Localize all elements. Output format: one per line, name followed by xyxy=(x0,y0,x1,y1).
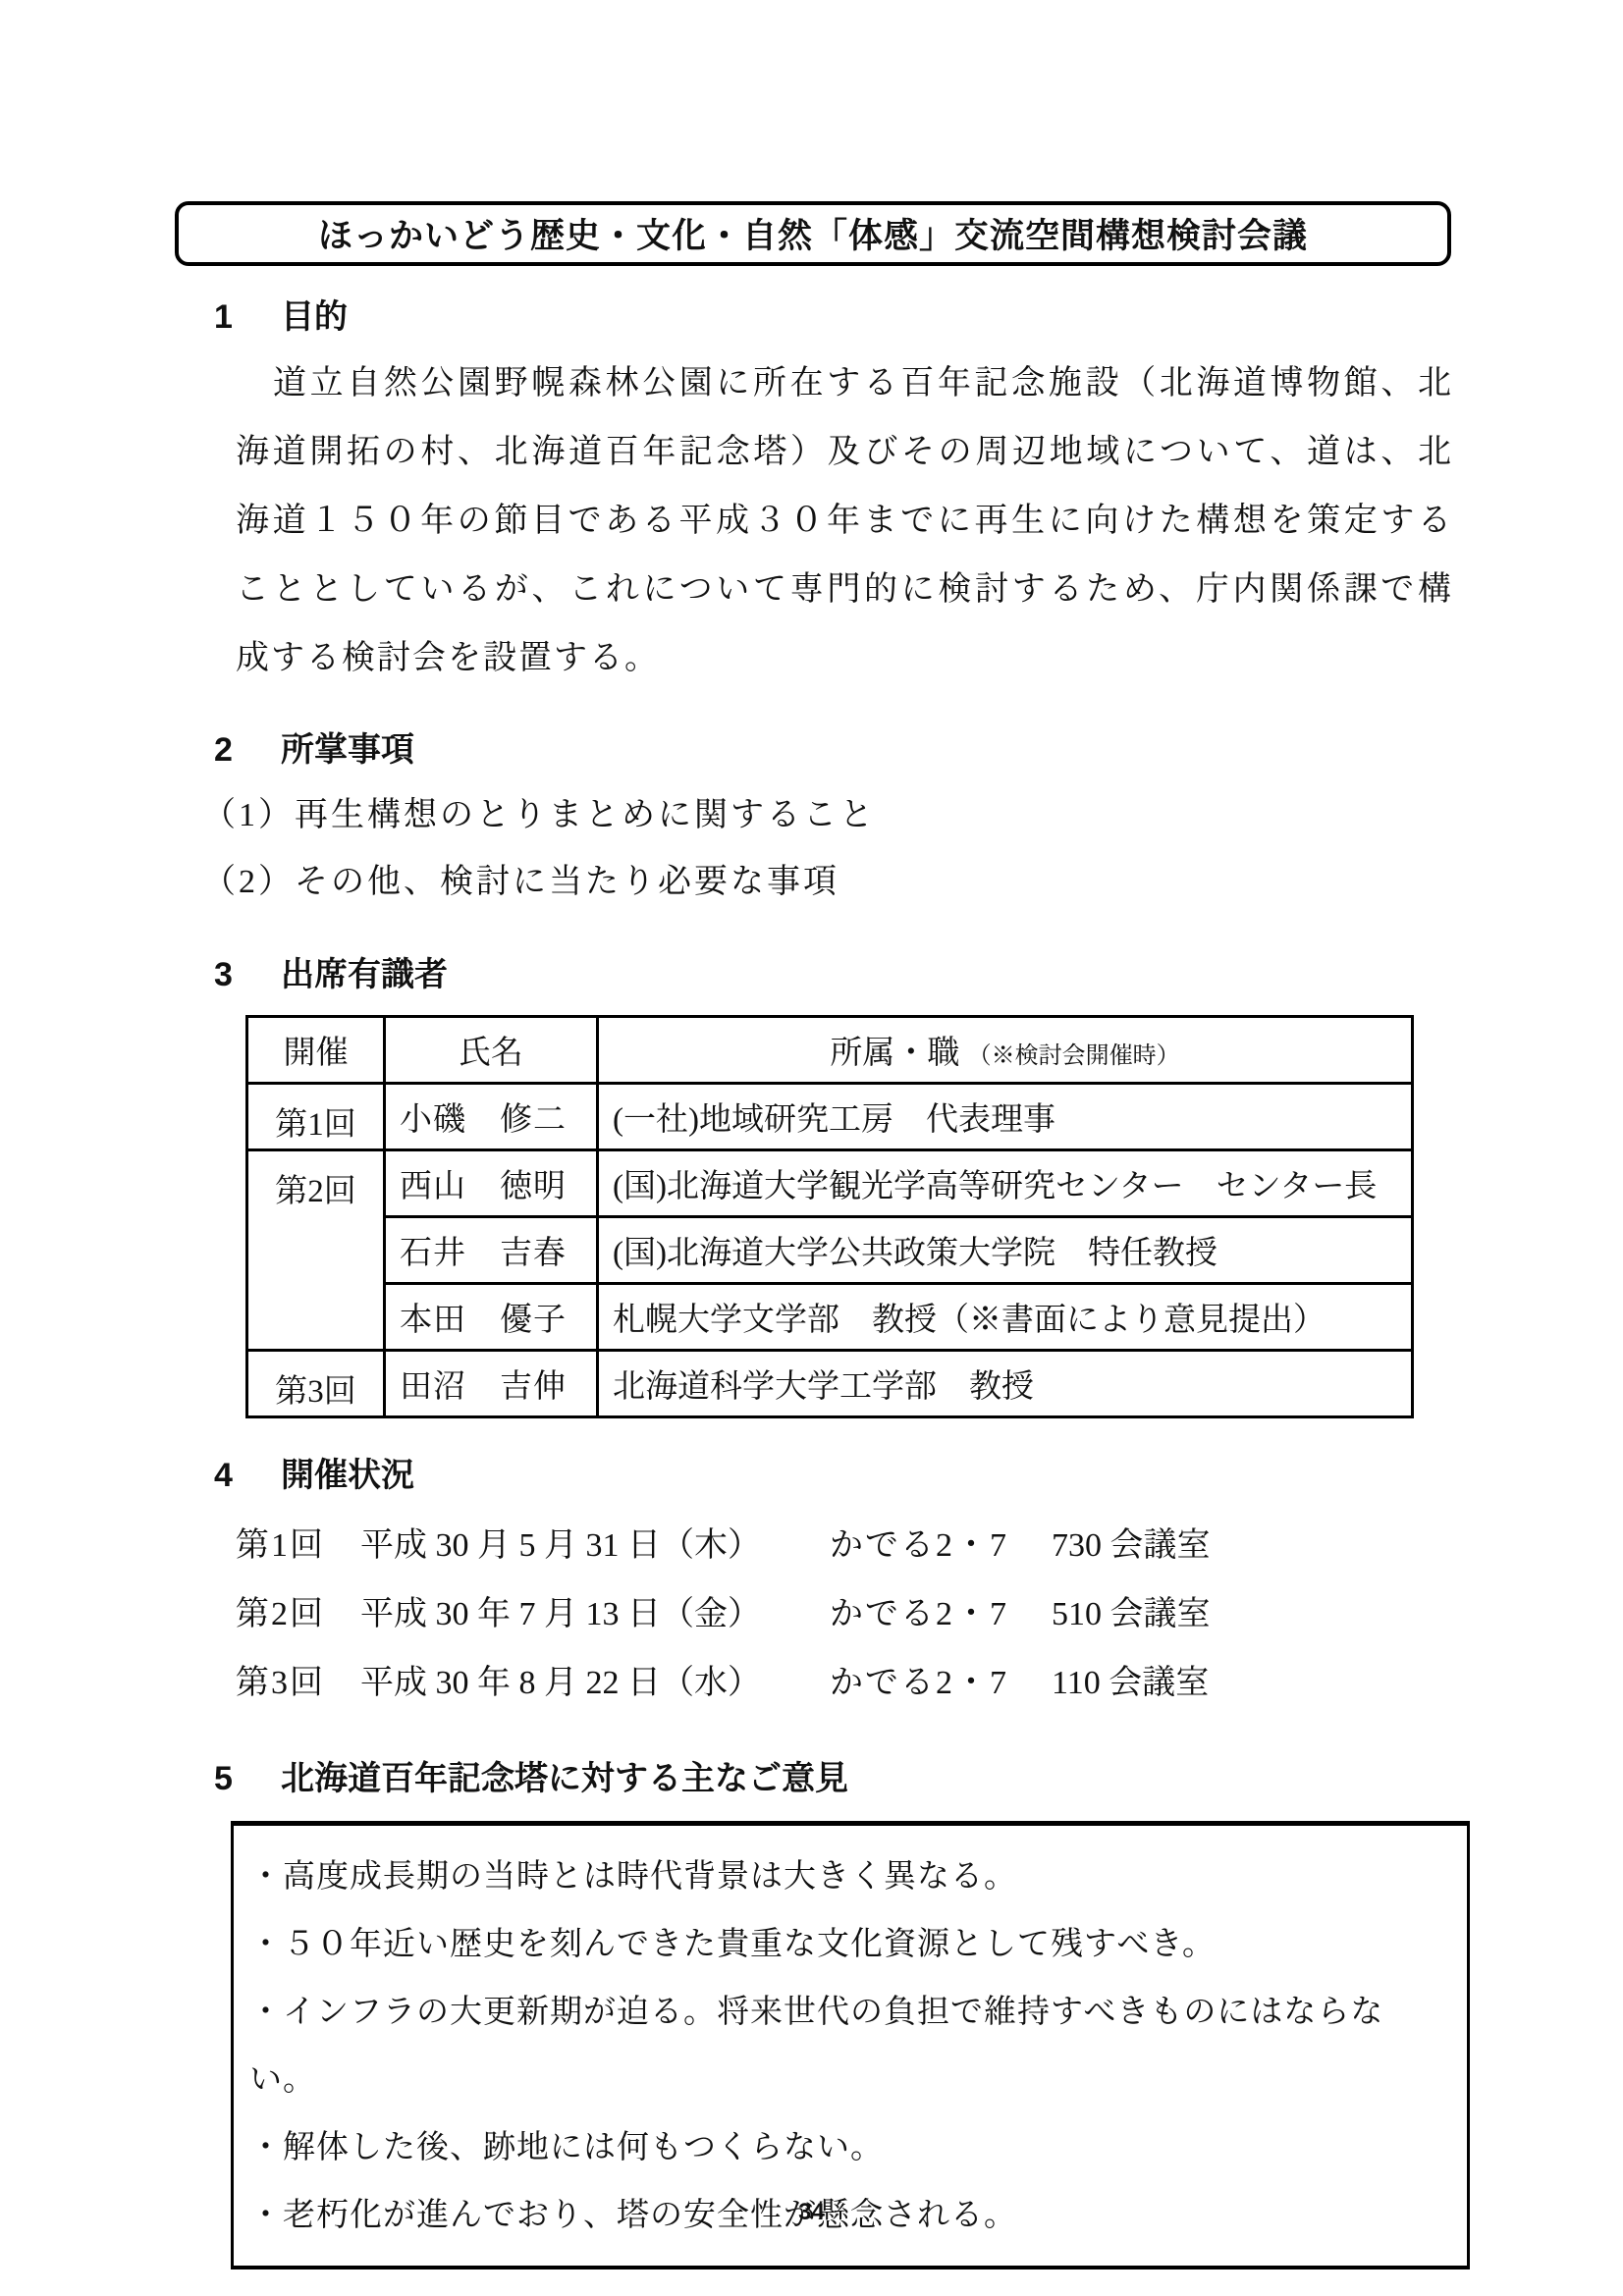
meeting-schedule-item: 第1回 平成 30 月 5 月 31 日（木） かでる2・7 730 会議室 xyxy=(236,1512,1451,1580)
section-4-heading: 4 開催状況 xyxy=(214,1448,1451,1496)
meeting-room: 110 会議室 xyxy=(1052,1649,1209,1718)
section-5-heading: 5 北海道百年記念塔に対する主なご意見 xyxy=(214,1751,1451,1799)
section-1-title: 目的 xyxy=(281,290,348,338)
table-row: 第3回 田沼 吉伸 北海道科学大学工学部 教授 xyxy=(247,1351,1413,1417)
meeting-venue: かでる2・7 xyxy=(830,1580,1008,1649)
opinion-item: ・高度成長期の当時とは時代背景は大きく異なる。 xyxy=(249,1843,1449,1911)
jurisdiction-items: （1）再生構想のとりまとめに関すること （2）その他、検討に当たり必要な事項 xyxy=(202,782,1451,916)
section-4-number: 4 xyxy=(214,1457,281,1495)
paragraph-line: 道立自然公園野幌森林公園に所在する百年記念施設（北海道博物館、北 xyxy=(236,349,1451,418)
attendee-name-cell: 田沼 吉伸 xyxy=(385,1351,598,1417)
header-name: 氏名 xyxy=(385,1017,598,1084)
table-row: 本田 優子 札幌大学文学部 教授（※書面により意見提出） xyxy=(247,1284,1413,1351)
meeting-schedule-item: 第3回 平成 30 年 8 月 22 日（水） かでる2・7 110 会議室 xyxy=(236,1649,1451,1718)
meeting-round: 第2回 xyxy=(236,1580,325,1649)
section-3-heading: 3 出席有識者 xyxy=(214,947,1451,995)
opinion-item: ・解体した後、跡地には何もつくらない。 xyxy=(249,2114,1449,2182)
document-content: ほっかいどう歴史・文化・自然「体感」交流空間構想検討会議 1 目的 道立自然公園… xyxy=(175,201,1451,2269)
header-kaisai: 開催 xyxy=(247,1017,385,1084)
opinion-item: ・５０年近い歴史を刻んできた貴重な文化資源として残すべき。 xyxy=(249,1911,1449,1979)
table-row: 石井 吉春 (国)北海道大学公共政策大学院 特任教授 xyxy=(247,1217,1413,1284)
table-row: 第2回 西山 徳明 (国)北海道大学観光学高等研究センター センター長 xyxy=(247,1150,1413,1217)
attendee-affiliation-cell: 札幌大学文学部 教授（※書面により意見提出） xyxy=(598,1284,1413,1351)
header-affiliation-note: （※検討会開催時） xyxy=(968,1043,1180,1069)
attendees-table: 開催 氏名 所属・職 （※検討会開催時） 第1回 小磯 修二 (一社)地域研究工… xyxy=(245,1015,1414,1418)
meeting-date: 平成 30 年 7 月 13 日（金） xyxy=(360,1580,761,1649)
meeting-venue: かでる2・7 xyxy=(830,1649,1008,1718)
attendee-kaisai-cell: 第3回 xyxy=(247,1351,385,1417)
purpose-paragraph: 道立自然公園野幌森林公園に所在する百年記念施設（北海道博物館、北 海道開拓の村、… xyxy=(236,349,1451,693)
paragraph-line: 海道開拓の村、北海道百年記念塔）及びその周辺地域について、道は、北 xyxy=(236,418,1451,487)
attendee-affiliation-cell: (国)北海道大学観光学高等研究センター センター長 xyxy=(598,1150,1413,1217)
section-3-number: 3 xyxy=(214,956,281,994)
jurisdiction-item: （2）その他、検討に当たり必要な事項 xyxy=(202,849,1451,916)
section-1-number: 1 xyxy=(214,298,281,337)
header-affiliation: 所属・職 （※検討会開催時） xyxy=(598,1017,1413,1084)
page-title: ほっかいどう歴史・文化・自然「体感」交流空間構想検討会議 xyxy=(318,209,1308,258)
section-5-title: 北海道百年記念塔に対する主なご意見 xyxy=(281,1751,848,1799)
meeting-round: 第3回 xyxy=(236,1649,325,1718)
section-3-title: 出席有識者 xyxy=(281,947,448,995)
attendee-affiliation-cell: (一社)地域研究工房 代表理事 xyxy=(598,1084,1413,1150)
document-page: ほっかいどう歴史・文化・自然「体感」交流空間構想検討会議 1 目的 道立自然公園… xyxy=(0,0,1623,2296)
jurisdiction-item: （1）再生構想のとりまとめに関すること xyxy=(202,782,1451,849)
title-banner: ほっかいどう歴史・文化・自然「体感」交流空間構想検討会議 xyxy=(175,201,1451,266)
page-number: 34 xyxy=(0,2199,1623,2226)
attendee-kaisai-cell: 第2回 xyxy=(247,1150,385,1351)
meeting-room: 730 会議室 xyxy=(1052,1512,1211,1580)
meeting-date: 平成 30 年 8 月 22 日（水） xyxy=(360,1649,761,1718)
opinion-item: ・インフラの大更新期が迫る。将来世代の負担で維持すべきものにはならない。 xyxy=(249,1979,1449,2114)
paragraph-line: 成する検討会を設置する。 xyxy=(236,624,1451,693)
attendee-affiliation-cell: (国)北海道大学公共政策大学院 特任教授 xyxy=(598,1217,1413,1284)
meeting-schedule: 第1回 平成 30 月 5 月 31 日（木） かでる2・7 730 会議室 第… xyxy=(236,1512,1451,1718)
paragraph-line: 海道１５０年の節目である平成３０年までに再生に向けた構想を策定する xyxy=(236,487,1451,556)
meeting-room: 510 会議室 xyxy=(1052,1580,1211,1649)
section-2-title: 所掌事項 xyxy=(281,722,414,771)
attendee-name-cell: 本田 優子 xyxy=(385,1284,598,1351)
attendee-affiliation-cell: 北海道科学大学工学部 教授 xyxy=(598,1351,1413,1417)
meeting-schedule-item: 第2回 平成 30 年 7 月 13 日（金） かでる2・7 510 会議室 xyxy=(236,1580,1451,1649)
section-1-heading: 1 目的 xyxy=(214,290,1451,338)
section-2-heading: 2 所掌事項 xyxy=(214,722,1451,771)
meeting-date: 平成 30 月 5 月 31 日（木） xyxy=(360,1512,761,1580)
table-row: 第1回 小磯 修二 (一社)地域研究工房 代表理事 xyxy=(247,1084,1413,1150)
table-header-row: 開催 氏名 所属・職 （※検討会開催時） xyxy=(247,1017,1413,1084)
section-2-number: 2 xyxy=(214,731,281,770)
meeting-round: 第1回 xyxy=(236,1512,325,1580)
attendee-name-cell: 小磯 修二 xyxy=(385,1084,598,1150)
attendee-name-cell: 西山 徳明 xyxy=(385,1150,598,1217)
attendee-kaisai-cell: 第1回 xyxy=(247,1084,385,1150)
meeting-venue: かでる2・7 xyxy=(830,1512,1008,1580)
attendee-name-cell: 石井 吉春 xyxy=(385,1217,598,1284)
paragraph-line: こととしているが、これについて専門的に検討するため、庁内関係課で構 xyxy=(236,556,1451,624)
section-4-title: 開催状況 xyxy=(281,1448,414,1496)
header-affiliation-main: 所属・職 xyxy=(830,1036,959,1071)
section-5-number: 5 xyxy=(214,1760,281,1798)
